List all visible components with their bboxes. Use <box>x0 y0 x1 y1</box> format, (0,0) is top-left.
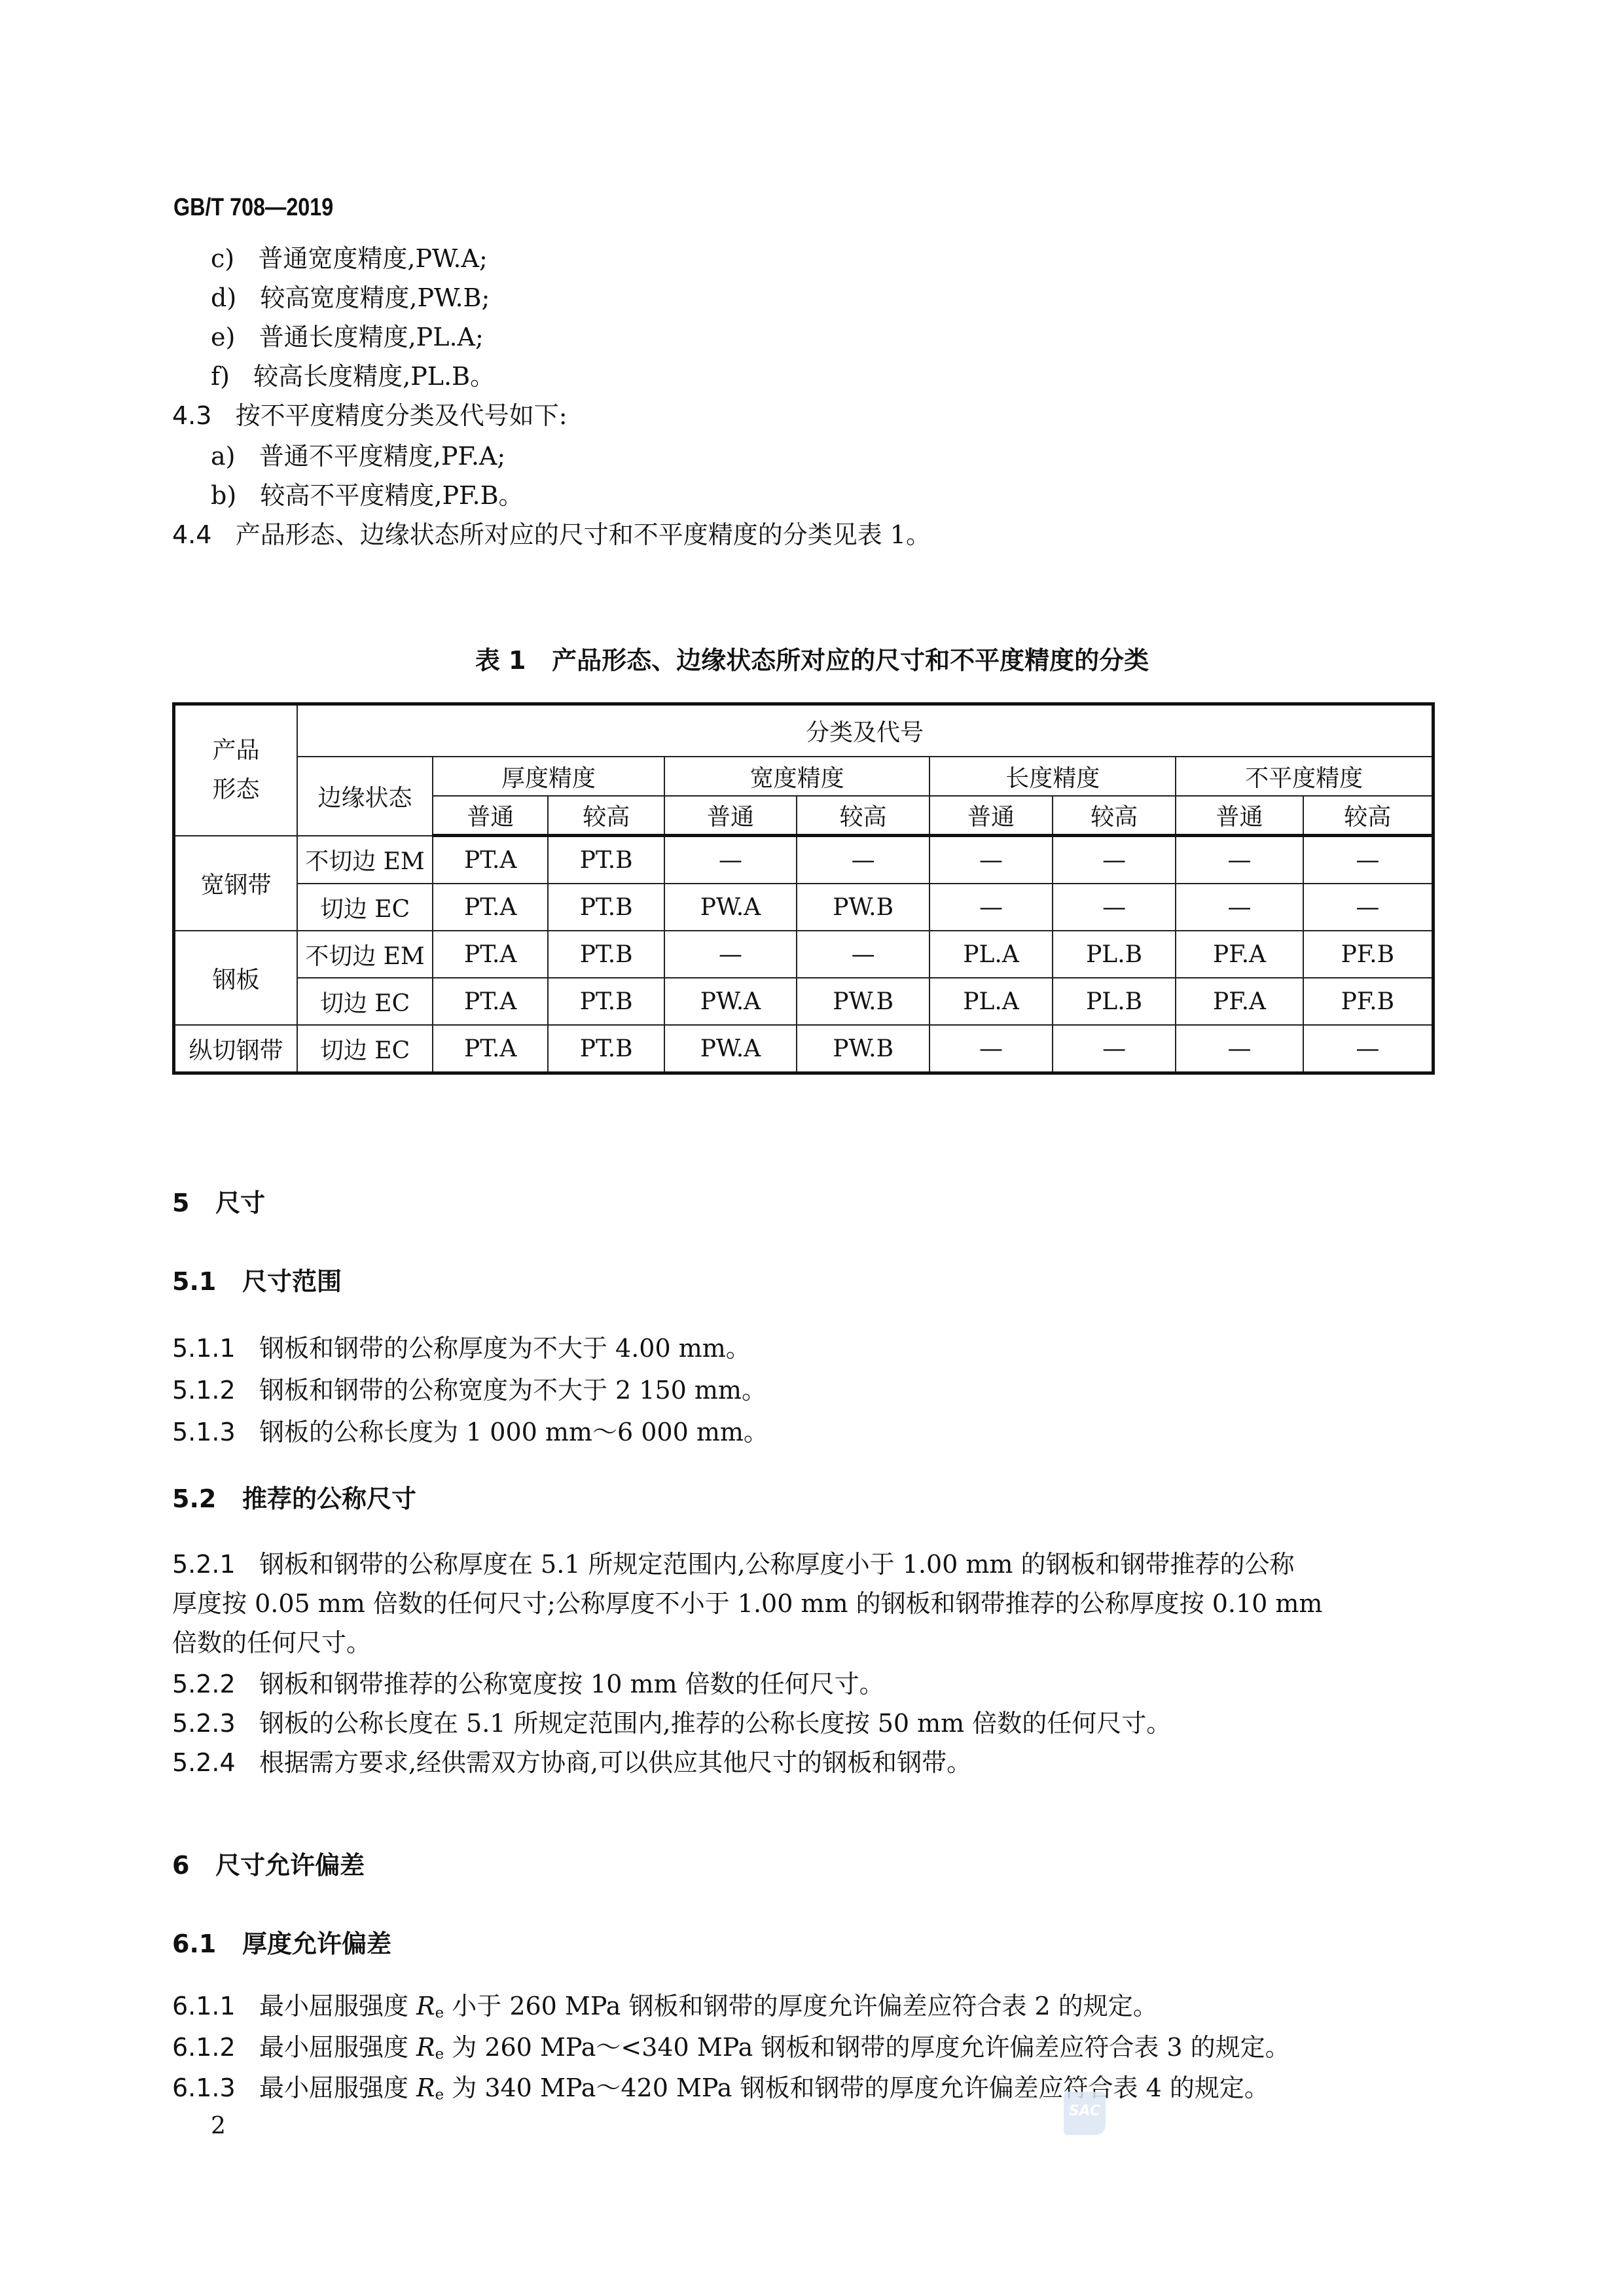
clause-5-2-4: 5.2.4 根据需方要求,经供需双方协商,可以供应其他尺寸的钢板和钢带。 <box>172 1743 971 1782</box>
code-cell: PT.B <box>548 836 664 884</box>
classification-table: 产品 形态 分类及代号 边缘状态 厚度精度 宽度精度 长度精度 不平度精度 普通… <box>172 702 1435 1075</box>
header-level: 较高 <box>1053 796 1176 836</box>
code-cell: — <box>929 836 1053 884</box>
code-cell: PF.B <box>1303 931 1434 978</box>
clause-5-2-3: 5.2.3 钢板的公称长度在 5.1 所规定范围内,推荐的公称长度按 50 mm… <box>172 1704 1171 1743</box>
code-cell: PT.B <box>548 978 664 1025</box>
code-cell: — <box>1303 1025 1434 1073</box>
list-item-a: a) 普通不平度精度,PF.A; <box>211 437 505 476</box>
section-5-heading: 5 尺寸 <box>172 1183 265 1223</box>
code-cell: — <box>664 836 797 884</box>
code-cell: — <box>1303 836 1434 884</box>
code-cell: — <box>664 931 797 978</box>
page-number: 2 <box>211 2113 226 2140</box>
code-cell: PT.A <box>433 931 548 978</box>
product-cell: 钢板 <box>174 931 298 1025</box>
section-6-heading: 6 尺寸允许偏差 <box>172 1846 365 1885</box>
code-cell: PF.A <box>1176 931 1303 978</box>
header-product-form: 产品 形态 <box>174 704 298 836</box>
standard-header: GB/T 708—2019 <box>173 194 333 222</box>
clause-5-1-2: 5.1.2 钢板和钢带的公称宽度为不大于 2 150 mm。 <box>172 1371 767 1410</box>
product-cell: 宽钢带 <box>174 836 298 931</box>
code-cell: — <box>1303 884 1434 931</box>
code-cell: — <box>1176 884 1303 931</box>
list-item-c: c) 普通宽度精度,PW.A; <box>211 239 488 278</box>
header-level: 普通 <box>664 796 797 836</box>
code-cell: PT.A <box>433 836 548 884</box>
clause-4-4: 4.4 产品形态、边缘状态所对应的尺寸和不平度精度的分类见表 1。 <box>172 515 931 554</box>
section-5-2-heading: 5.2 推荐的公称尺寸 <box>172 1479 416 1518</box>
code-cell: — <box>1053 1025 1176 1073</box>
code-cell: PT.A <box>433 978 548 1025</box>
edge-cell: 切边 EC <box>297 884 433 931</box>
edge-cell: 不切边 EM <box>297 836 433 884</box>
clause-5-1-3: 5.1.3 钢板的公称长度为 1 000 mm～6 000 mm。 <box>172 1412 768 1452</box>
header-level: 较高 <box>548 796 664 836</box>
header-category: 厚度精度 <box>433 757 664 796</box>
table-row: 纵切钢带 切边 EC PT.A PT.B PW.A PW.B — — — — <box>174 1025 1434 1073</box>
code-cell: PL.B <box>1053 931 1176 978</box>
clause-4-3: 4.3 按不平度精度分类及代号如下: <box>172 396 568 435</box>
code-cell: PW.A <box>664 1025 797 1073</box>
code-cell: PL.B <box>1053 978 1176 1025</box>
header-group: 分类及代号 <box>297 704 1434 757</box>
code-cell: PL.A <box>929 931 1053 978</box>
header-edge-state: 边缘状态 <box>297 757 433 836</box>
code-cell: PW.B <box>797 978 929 1025</box>
code-cell: PT.A <box>433 1025 548 1073</box>
sac-watermark-icon: SAC <box>1064 2092 1106 2135</box>
code-cell: — <box>1053 836 1176 884</box>
clause-5-2-2: 5.2.2 钢板和钢带推荐的公称宽度按 10 mm 倍数的任何尺寸。 <box>172 1664 884 1704</box>
table-row: 切边 EC PT.A PT.B PW.A PW.B — — — — <box>174 884 1434 931</box>
list-item-e: e) 普通长度精度,PL.A; <box>211 317 484 357</box>
code-cell: PW.B <box>797 884 929 931</box>
header-level: 普通 <box>1176 796 1303 836</box>
header-level: 较高 <box>1303 796 1434 836</box>
clause-5-2-1: 5.2.1 钢板和钢带的公称厚度在 5.1 所规定范围内,公称厚度小于 1.00… <box>172 1545 1295 1584</box>
code-cell: PW.B <box>797 1025 929 1073</box>
section-5-1-heading: 5.1 尺寸范围 <box>172 1262 342 1301</box>
code-cell: — <box>797 931 929 978</box>
table-caption: 表 1 产品形态、边缘状态所对应的尺寸和不平度精度的分类 <box>0 640 1624 676</box>
clause-5-2-1-line-2: 厚度按 0.05 mm 倍数的任何尺寸;公称厚度不小于 1.00 mm 的钢板和… <box>172 1584 1322 1623</box>
code-cell: PF.A <box>1176 978 1303 1025</box>
section-6-1-heading: 6.1 厚度允许偏差 <box>172 1924 391 1964</box>
list-item-b: b) 较高不平度精度,PF.B。 <box>211 476 524 515</box>
product-cell: 纵切钢带 <box>174 1025 298 1073</box>
header-level: 普通 <box>929 796 1053 836</box>
code-cell: — <box>797 836 929 884</box>
list-item-d: d) 较高宽度精度,PW.B; <box>211 278 490 317</box>
code-cell: PF.B <box>1303 978 1434 1025</box>
header-level: 普通 <box>433 796 548 836</box>
code-cell: PW.A <box>664 884 797 931</box>
edge-cell: 不切边 EM <box>297 931 433 978</box>
code-cell: PT.B <box>548 884 664 931</box>
clause-6-1-1: 6.1.1 最小屈服强度 Re 小于 260 MPa 钢板和钢带的厚度允许偏差应… <box>172 1986 1158 2026</box>
table-row: 钢板 不切边 EM PT.A PT.B — — PL.A PL.B PF.A P… <box>174 931 1434 978</box>
list-item-f: f) 较高长度精度,PL.B。 <box>211 357 495 396</box>
code-cell: PT.B <box>548 931 664 978</box>
table-row: 宽钢带 不切边 EM PT.A PT.B — — — — — — <box>174 836 1434 884</box>
clause-6-1-2: 6.1.2 最小屈服强度 Re 为 260 MPa～<340 MPa 钢板和钢带… <box>172 2028 1290 2067</box>
code-cell: — <box>1176 836 1303 884</box>
code-cell: PT.A <box>433 884 548 931</box>
code-cell: — <box>929 1025 1053 1073</box>
header-category: 长度精度 <box>929 757 1176 796</box>
edge-cell: 切边 EC <box>297 978 433 1025</box>
header-category: 不平度精度 <box>1176 757 1433 796</box>
clause-5-1-1: 5.1.1 钢板和钢带的公称厚度为不大于 4.00 mm。 <box>172 1329 751 1368</box>
header-level: 较高 <box>797 796 929 836</box>
code-cell: PL.A <box>929 978 1053 1025</box>
code-cell: PT.B <box>548 1025 664 1073</box>
code-cell: — <box>1053 884 1176 931</box>
header-category: 宽度精度 <box>664 757 929 796</box>
code-cell: PW.A <box>664 978 797 1025</box>
table-row: 切边 EC PT.A PT.B PW.A PW.B PL.A PL.B PF.A… <box>174 978 1434 1025</box>
edge-cell: 切边 EC <box>297 1025 433 1073</box>
clause-5-2-1-line-3: 倍数的任何尺寸。 <box>172 1623 371 1662</box>
code-cell: — <box>1176 1025 1303 1073</box>
code-cell: — <box>929 884 1053 931</box>
